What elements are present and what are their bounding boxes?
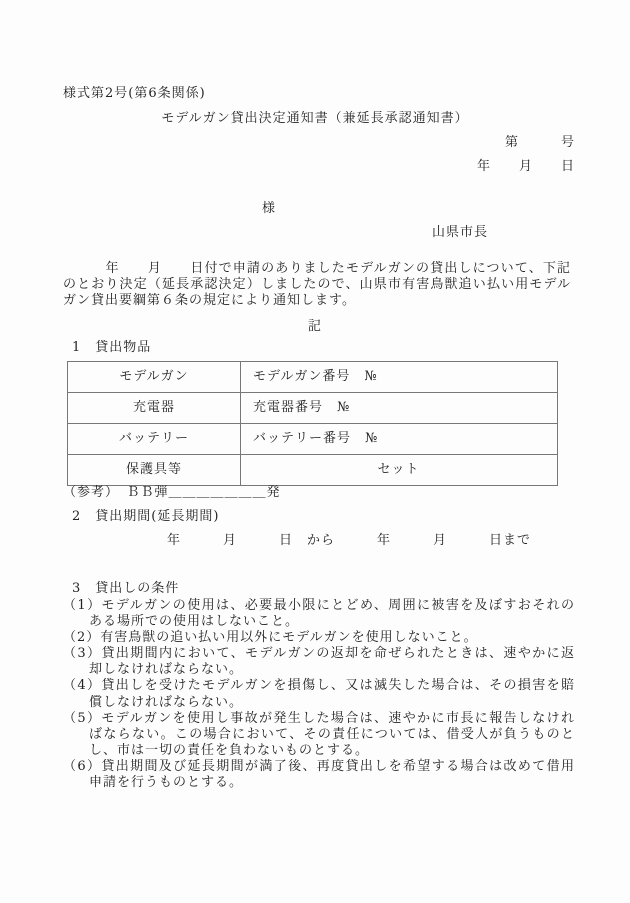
body-paragraph: 年 月 日付で申請のありましたモデルガンの貸出しについて、下記のとおり決定（延長…: [63, 261, 571, 309]
item-name-cell: モデルガン: [68, 362, 241, 393]
document-page: 様式第2号(第6条関係) モデルガン貸出決定通知書（兼延長承認通知書） 第 号 …: [0, 0, 630, 903]
item-name-cell: 保護具等: [68, 455, 241, 486]
document-number-blank: 第 号: [505, 135, 575, 151]
sender-name: 山県市長: [432, 225, 488, 241]
table-row: 保護具等 セット: [68, 455, 558, 486]
lending-period-blank: 年 月 日 から 年 月 日まで: [167, 533, 531, 549]
bb-pellets-note: （参考） ＢＢ弾＿＿＿＿＿＿＿発: [63, 485, 281, 501]
table-row: バッテリー バッテリー番号 №: [68, 424, 558, 455]
item-number-cell: 充電器番号 №: [241, 393, 558, 424]
condition-item-3: （3）貸出期間内において、モデルガンの返却を命ぜられたときは、速やかに返却しなけ…: [63, 646, 575, 678]
condition-item-5: （5）モデルガンを使用し事故が発生した場合は、速やかに市長に報告しなければならな…: [63, 711, 575, 759]
condition-item-4: （4）貸出しを受けたモデルガンを損傷し、又は滅失した場合は、その損害を賠償しなけ…: [63, 678, 575, 710]
date-blank: 年 月 日: [477, 159, 575, 175]
conditions-list: （1）モデルガンの使用は、必要最小限にとどめ、周囲に被害を及ぼすおそれのある場所…: [63, 598, 575, 791]
section-3-heading: 3 貸出しの条件: [72, 581, 179, 597]
addressee-honorific: 様: [262, 201, 276, 217]
table-row: モデルガン モデルガン番号 №: [68, 362, 558, 393]
record-marker: 記: [0, 319, 630, 335]
form-number: 様式第2号(第6条関係): [63, 86, 206, 102]
condition-item-2: （2）有害鳥獣の追い払い用以外にモデルガンを使用しないこと。: [63, 630, 575, 646]
document-title: モデルガン貸出決定通知書（兼延長承認通知書）: [0, 111, 630, 127]
lent-items-table: モデルガン モデルガン番号 № 充電器 充電器番号 № バッテリー バッテリー番…: [67, 361, 558, 486]
item-number-cell: バッテリー番号 №: [241, 424, 558, 455]
section-2-heading: 2 貸出期間(延長期間): [72, 509, 219, 525]
table-row: 充電器 充電器番号 №: [68, 393, 558, 424]
item-number-cell: セット: [241, 455, 558, 486]
item-name-cell: バッテリー: [68, 424, 241, 455]
section-1-heading: 1 貸出物品: [72, 340, 151, 356]
item-number-cell: モデルガン番号 №: [241, 362, 558, 393]
item-name-cell: 充電器: [68, 393, 241, 424]
condition-item-6: （6）貸出期間及び延長期間が満了後、再度貸出しを希望する場合は改めて借用申請を行…: [63, 759, 575, 791]
condition-item-1: （1）モデルガンの使用は、必要最小限にとどめ、周囲に被害を及ぼすおそれのある場所…: [63, 598, 575, 630]
